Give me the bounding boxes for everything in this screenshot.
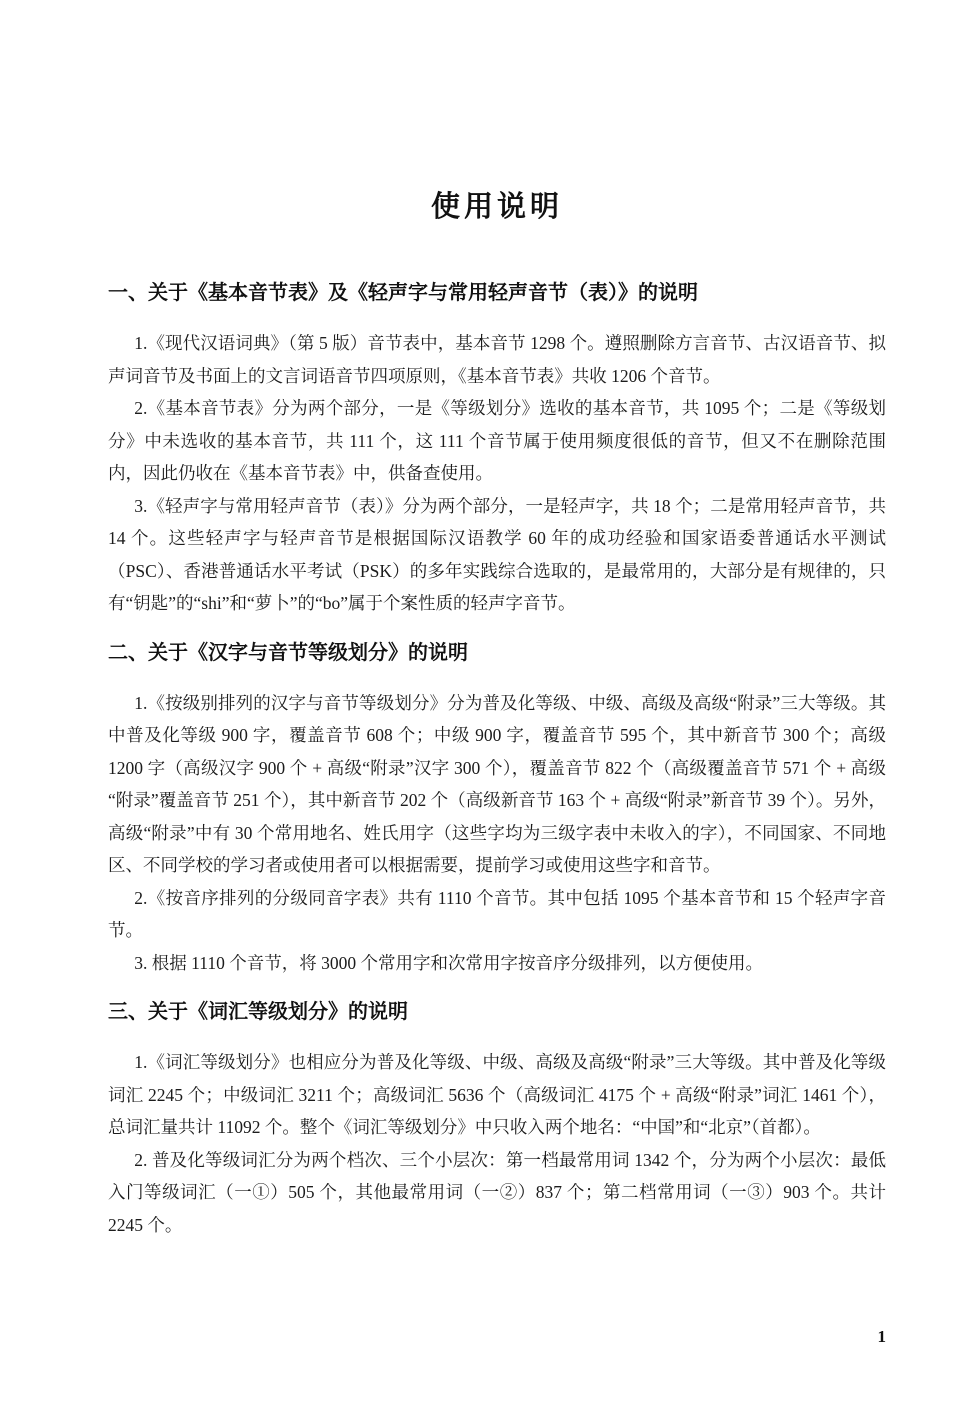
section-character-syllable-grading: 二、关于《汉字与音节等级划分》的说明 1.《按级别排列的汉字与音节等级划分》分为… <box>108 640 886 980</box>
section-vocabulary-grading: 三、关于《词汇等级划分》的说明 1.《词汇等级划分》也相应分为普及化等级、中级、… <box>108 999 886 1241</box>
section-1-paragraph-2: 2.《基本音节表》分为两个部分，一是《等级划分》选收的基本音节，共 1095 个… <box>108 392 886 490</box>
section-3-paragraph-2: 2. 普及化等级词汇分为两个档次、三个小层次：第一档最常用词 1342 个，分为… <box>108 1144 886 1242</box>
section-1-paragraph-1: 1.《现代汉语词典》（第 5 版）音节表中，基本音节 1298 个。遵照删除方言… <box>108 327 886 392</box>
section-1-heading: 一、关于《基本音节表》及《轻声字与常用轻声音节（表）》的说明 <box>108 280 886 306</box>
section-3-heading: 三、关于《词汇等级划分》的说明 <box>108 999 886 1025</box>
page-number: 1 <box>878 1327 887 1347</box>
section-basic-syllable-table: 一、关于《基本音节表》及《轻声字与常用轻声音节（表）》的说明 1.《现代汉语词典… <box>108 280 886 620</box>
section-2-paragraph-2: 2.《按音序排列的分级同音字表》共有 1110 个音节。其中包括 1095 个基… <box>108 882 886 947</box>
section-1-paragraph-3: 3.《轻声字与常用轻声音节（表）》分为两个部分，一是轻声字，共 18 个；二是常… <box>108 490 886 620</box>
section-2-paragraph-3: 3. 根据 1110 个音节，将 3000 个常用字和次常用字按音序分级排列，以… <box>108 947 886 980</box>
document-page: 使用说明 一、关于《基本音节表》及《轻声字与常用轻声音节（表）》的说明 1.《现… <box>0 0 960 1406</box>
section-3-paragraph-1: 1.《词汇等级划分》也相应分为普及化等级、中级、高级及高级“附录”三大等级。其中… <box>108 1046 886 1144</box>
section-2-heading: 二、关于《汉字与音节等级划分》的说明 <box>108 640 886 666</box>
page-title: 使用说明 <box>108 190 886 224</box>
section-2-paragraph-1: 1.《按级别排列的汉字与音节等级划分》分为普及化等级、中级、高级及高级“附录”三… <box>108 687 886 882</box>
